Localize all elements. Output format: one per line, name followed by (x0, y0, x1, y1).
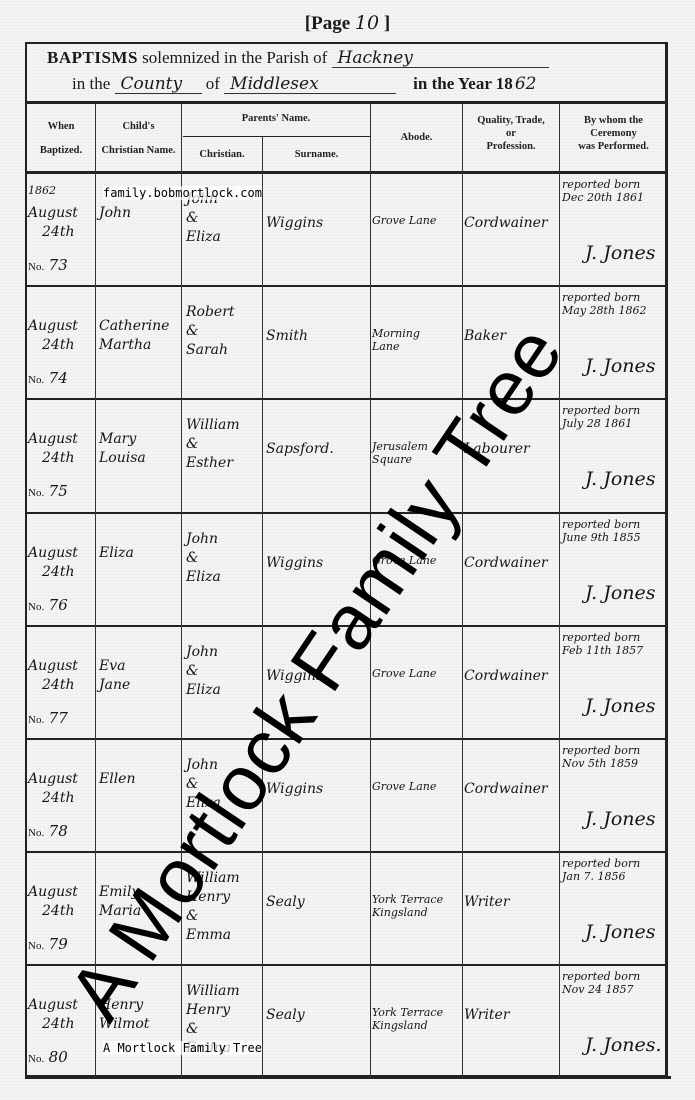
column-divider (181, 103, 182, 1077)
abode-line: Grove Lane (372, 667, 462, 680)
col-child-line2: Christian Name. (96, 144, 181, 157)
entry-number-value: 78 (49, 822, 68, 840)
url-watermark: family.bobmortlock.com (103, 186, 262, 200)
parents-line: Henry (186, 1001, 262, 1020)
parents-christian: WilliamHenry&Emma (186, 869, 262, 945)
born-line: reported born (562, 291, 668, 304)
abode-line: Grove Lane (372, 780, 462, 793)
born-line: Dec 20th 1861 (562, 191, 668, 204)
quality-text: Cordwainer (464, 668, 548, 684)
officiant-signature: J. Jones. (585, 1036, 665, 1055)
col-abode: Abode. (371, 131, 462, 144)
date-day: 24th (28, 1015, 94, 1034)
parents-line: & (186, 435, 262, 454)
birth-note: reported bornMay 28th 1862 (562, 291, 668, 317)
abode-line: Grove Lane (372, 214, 462, 227)
row-rule (25, 964, 668, 966)
quality-trade: Labourer (464, 440, 560, 459)
row-rule (25, 285, 668, 287)
child-line: Maria (99, 902, 181, 921)
officiant-signature: J. Jones (585, 697, 665, 716)
officiant-text: J. Jones (585, 582, 656, 604)
officiant-signature: J. Jones (585, 357, 665, 376)
entry-number: No. 80 (28, 1048, 94, 1069)
no-label: No. (28, 374, 44, 386)
quality-trade: Cordwainer (464, 554, 560, 573)
parents-line: Eliza (186, 228, 262, 247)
col-when-line1: When (27, 120, 95, 133)
born-line: July 28 1861 (562, 417, 668, 430)
baptism-date: August24th (28, 883, 94, 921)
date-month: August (28, 883, 94, 902)
surname-text: Wiggins (266, 668, 323, 684)
baptism-date: August24th (28, 430, 94, 468)
child-line: Henry (99, 996, 181, 1015)
row-rule (25, 398, 668, 400)
officiant-signature: J. Jones (585, 244, 665, 263)
date-month: August (28, 544, 94, 563)
col-by-whom: By whom the Ceremony was Performed. (560, 114, 667, 153)
birth-note: reported bornJuly 28 1861 (562, 404, 668, 430)
parents-line: Esther (186, 454, 262, 473)
abode-line: Square (372, 453, 462, 466)
birth-note: reported bornNov 5th 1859 (562, 744, 668, 770)
entry-number-value: 77 (49, 709, 68, 727)
date-day: 24th (28, 676, 94, 695)
abode: MorningLane (372, 327, 462, 353)
child-line: Catherine (99, 317, 181, 336)
header-rule (25, 101, 668, 104)
abode-line: York Terrace (372, 893, 462, 906)
born-line: Jan 7. 1856 (562, 870, 668, 883)
born-line: reported born (562, 631, 668, 644)
parents-line: William (186, 869, 262, 888)
child-line: Emily (99, 883, 181, 902)
parents-line: John (186, 756, 262, 775)
date-day: 24th (28, 336, 94, 355)
entry-number: No. 73 (28, 256, 94, 277)
col-quality-line1: Quality, Trade, (463, 114, 559, 127)
register-subtitle: in the County of Middlesex in the Year 1… (72, 74, 538, 94)
entry-number-value: 75 (49, 482, 68, 500)
parents-christian: John&Eliza (186, 530, 262, 587)
birth-note: reported bornJune 9th 1855 (562, 518, 668, 544)
born-line: June 9th 1855 (562, 531, 668, 544)
year-label: in the Year 18 (413, 74, 513, 93)
no-label: No. (28, 714, 44, 726)
parents-surname: Sapsford. (266, 440, 370, 459)
surname-text: Wiggins (266, 781, 323, 797)
abode-line: Morning (372, 327, 462, 340)
child-name: John (99, 204, 181, 223)
entry-number: No. 79 (28, 935, 94, 956)
entry-number-value: 73 (49, 256, 68, 274)
born-line: reported born (562, 970, 668, 983)
page-prefix: [Page (305, 13, 350, 34)
date-month: August (28, 317, 94, 336)
born-line: Feb 11th 1857 (562, 644, 668, 657)
parents-subheader-rule (183, 136, 371, 137)
child-name: Ellen (99, 770, 181, 789)
page-number-label: [Page 10 ] (0, 12, 695, 35)
date-day: 24th (28, 789, 94, 808)
quality-text: Labourer (464, 441, 530, 457)
officiant-signature: J. Jones (585, 470, 665, 489)
page-suffix: ] (384, 13, 390, 34)
abode: York TerraceKingsland (372, 1006, 462, 1032)
parents-surname: Sealy (266, 893, 370, 912)
page-number: 10 (355, 12, 379, 34)
child-name: CatherineMartha (99, 317, 181, 355)
parents-line: Eliza (186, 681, 262, 700)
parents-surname: Wiggins (266, 780, 370, 799)
column-header-rule (25, 171, 668, 174)
no-label: No. (28, 261, 44, 273)
quality-trade: Baker (464, 327, 560, 346)
entry-number-value: 80 (49, 1048, 68, 1066)
child-line: Mary (99, 430, 181, 449)
no-label: No. (28, 601, 44, 613)
of-text: of (206, 74, 220, 93)
parents-surname: Wiggins (266, 214, 370, 233)
parents-christian: John&Eliza (186, 643, 262, 700)
row-rule (25, 625, 668, 627)
child-line: Ellen (99, 770, 181, 789)
quality-text: Cordwainer (464, 555, 548, 571)
entry-number: No. 77 (28, 709, 94, 730)
born-line: May 28th 1862 (562, 304, 668, 317)
col-bywhom-line3: was Performed. (560, 140, 667, 153)
no-label: No. (28, 827, 44, 839)
born-line: reported born (562, 178, 668, 191)
born-line: reported born (562, 857, 668, 870)
abode-line: Lane (372, 340, 462, 353)
register-frame-bottom-rule (25, 1076, 671, 1079)
entry-number-value: 76 (49, 596, 68, 614)
baptism-date: August24th (28, 204, 94, 242)
parents-line: John (186, 530, 262, 549)
surname-text: Sealy (266, 894, 305, 910)
date-day: 24th (28, 902, 94, 921)
parents-line: Henry (186, 888, 262, 907)
col-bywhom-line1: By whom the (560, 114, 667, 127)
col-child-name: Child's Christian Name. (96, 120, 181, 157)
parents-christian: Robert&Sarah (186, 303, 262, 360)
abode: Grove Lane (372, 554, 462, 567)
abode-line: York Terrace (372, 1006, 462, 1019)
parents-line: & (186, 549, 262, 568)
quality-trade: Cordwainer (464, 667, 560, 686)
in-the-text: in the (72, 74, 110, 93)
quality-trade: Writer (464, 1006, 560, 1025)
officiant-signature: J. Jones (585, 810, 665, 829)
entry-number-value: 79 (49, 935, 68, 953)
child-line: Jane (99, 676, 181, 695)
child-line: Wilmot (99, 1015, 181, 1034)
no-label: No. (28, 1053, 44, 1065)
parents-surname: Wiggins (266, 554, 370, 573)
col-when-line2: Baptized. (27, 144, 95, 157)
quality-trade: Cordwainer (464, 214, 560, 233)
column-divider (262, 137, 263, 1077)
abode: Grove Lane (372, 214, 462, 227)
surname-text: Wiggins (266, 215, 323, 231)
division-type-field: County (115, 75, 202, 94)
officiant-text: J. Jones (585, 921, 656, 943)
born-line: Nov 24 1857 (562, 983, 668, 996)
no-label: No. (28, 487, 44, 499)
title-text: solemnized in the Parish of (142, 48, 327, 67)
baptism-date: August24th (28, 996, 94, 1034)
quality-trade: Cordwainer (464, 780, 560, 799)
surname-text: Smith (266, 328, 308, 344)
parents-line: Sarah (186, 341, 262, 360)
parents-line: & (186, 907, 262, 926)
year-note-text: 1862 (28, 184, 56, 197)
date-month: August (28, 430, 94, 449)
col-child-line1: Child's (96, 120, 181, 133)
officiant-text: J. Jones (585, 808, 656, 830)
abode: York TerraceKingsland (372, 893, 462, 919)
caption-watermark: A Mortlock Family Tree (103, 1041, 262, 1055)
entry-number-value: 74 (49, 369, 68, 387)
column-divider (559, 103, 560, 1077)
parents-surname: Sealy (266, 1006, 370, 1025)
no-label: No. (28, 940, 44, 952)
officiant-text: J. Jones (585, 468, 656, 490)
quality-text: Cordwainer (464, 215, 548, 231)
row-rule (25, 512, 668, 514)
quality-text: Cordwainer (464, 781, 548, 797)
abode-line: Jerusalem (372, 440, 462, 453)
birth-note: reported bornNov 24 1857 (562, 970, 668, 996)
date-month: August (28, 204, 94, 223)
surname-text: Wiggins (266, 555, 323, 571)
register-title: BAPTISMS solemnized in the Parish of Hac… (47, 48, 549, 68)
birth-note: reported bornJan 7. 1856 (562, 857, 668, 883)
parents-line: William (186, 416, 262, 435)
child-name: EmilyMaria (99, 883, 181, 921)
abode: Grove Lane (372, 667, 462, 680)
quality-text: Baker (464, 328, 506, 344)
date-day: 24th (28, 223, 94, 242)
child-name: EvaJane (99, 657, 181, 695)
officiant-text: J. Jones (585, 355, 656, 377)
baptism-date: August24th (28, 770, 94, 808)
year-field: 62 (513, 75, 539, 93)
birth-note: reported bornDec 20th 1861 (562, 178, 668, 204)
born-line: Nov 5th 1859 (562, 757, 668, 770)
child-line: Martha (99, 336, 181, 355)
date-month: August (28, 657, 94, 676)
col-when-baptized: When Baptized. (27, 120, 95, 157)
parish-field: Hackney (332, 49, 549, 68)
abode-line: Kingsland (372, 906, 462, 919)
abode-line: Kingsland (372, 1019, 462, 1032)
baptism-date: August24th (28, 317, 94, 355)
born-line: reported born (562, 518, 668, 531)
column-divider (462, 103, 463, 1077)
born-line: reported born (562, 744, 668, 757)
surname-text: Sealy (266, 1007, 305, 1023)
child-line: Eliza (99, 544, 181, 563)
entry-number: No. 78 (28, 822, 94, 843)
parents-line: John (186, 643, 262, 662)
parents-line: Eliza (186, 568, 262, 587)
child-line: John (99, 204, 181, 223)
col-parents-name: Parents' Name. (182, 112, 370, 125)
officiant-text: J. Jones (585, 242, 656, 264)
entry-number: No. 76 (28, 596, 94, 617)
baptism-date: August24th (28, 544, 94, 582)
parents-line: & (186, 1020, 262, 1039)
parents-line: William (186, 982, 262, 1001)
county-field: Middlesex (224, 75, 396, 94)
column-divider (95, 103, 96, 1077)
col-quality-line3: Profession. (463, 140, 559, 153)
parents-line: & (186, 775, 262, 794)
baptism-date: August24th (28, 657, 94, 695)
abode: Grove Lane (372, 780, 462, 793)
col-bywhom-line2: Ceremony (560, 127, 667, 140)
row-rule (25, 851, 668, 853)
abode: JerusalemSquare (372, 440, 462, 466)
parents-christian: John&Eliza (186, 756, 262, 813)
parents-line: Robert (186, 303, 262, 322)
col-quality-trade: Quality, Trade, or Profession. (463, 114, 559, 153)
born-line: reported born (562, 404, 668, 417)
col-quality-line2: or (463, 127, 559, 140)
surname-text: Sapsford. (266, 441, 334, 457)
date-month: August (28, 996, 94, 1015)
date-day: 24th (28, 449, 94, 468)
officiant-signature: J. Jones (585, 584, 665, 603)
officiant-signature: J. Jones (585, 923, 665, 942)
title-baptisms: BAPTISMS (47, 48, 138, 67)
column-divider (370, 103, 371, 1077)
col-parents-christian: Christian. (182, 148, 262, 161)
child-line: Louisa (99, 449, 181, 468)
officiant-text: J. Jones. (585, 1034, 662, 1056)
parents-surname: Wiggins (266, 667, 370, 686)
abode-line: Grove Lane (372, 554, 462, 567)
parents-line: & (186, 322, 262, 341)
child-line: Eva (99, 657, 181, 676)
quality-text: Writer (464, 894, 510, 910)
birth-note: reported bornFeb 11th 1857 (562, 631, 668, 657)
quality-trade: Writer (464, 893, 560, 912)
child-name: Eliza (99, 544, 181, 563)
parents-line: Emma (186, 926, 262, 945)
year-note: 1862 (28, 184, 68, 197)
parents-christian: William&Esther (186, 416, 262, 473)
entry-number: No. 75 (28, 482, 94, 503)
entry-number: No. 74 (28, 369, 94, 390)
officiant-text: J. Jones (585, 695, 656, 717)
parents-line: & (186, 662, 262, 681)
child-name: MaryLouisa (99, 430, 181, 468)
quality-text: Writer (464, 1007, 510, 1023)
child-name: HenryWilmot (99, 996, 181, 1034)
date-month: August (28, 770, 94, 789)
parents-surname: Smith (266, 327, 370, 346)
col-parents-surname: Surname. (263, 148, 370, 161)
parents-line: Eliza (186, 794, 262, 813)
date-day: 24th (28, 563, 94, 582)
parents-line: & (186, 209, 262, 228)
row-rule (25, 738, 668, 740)
